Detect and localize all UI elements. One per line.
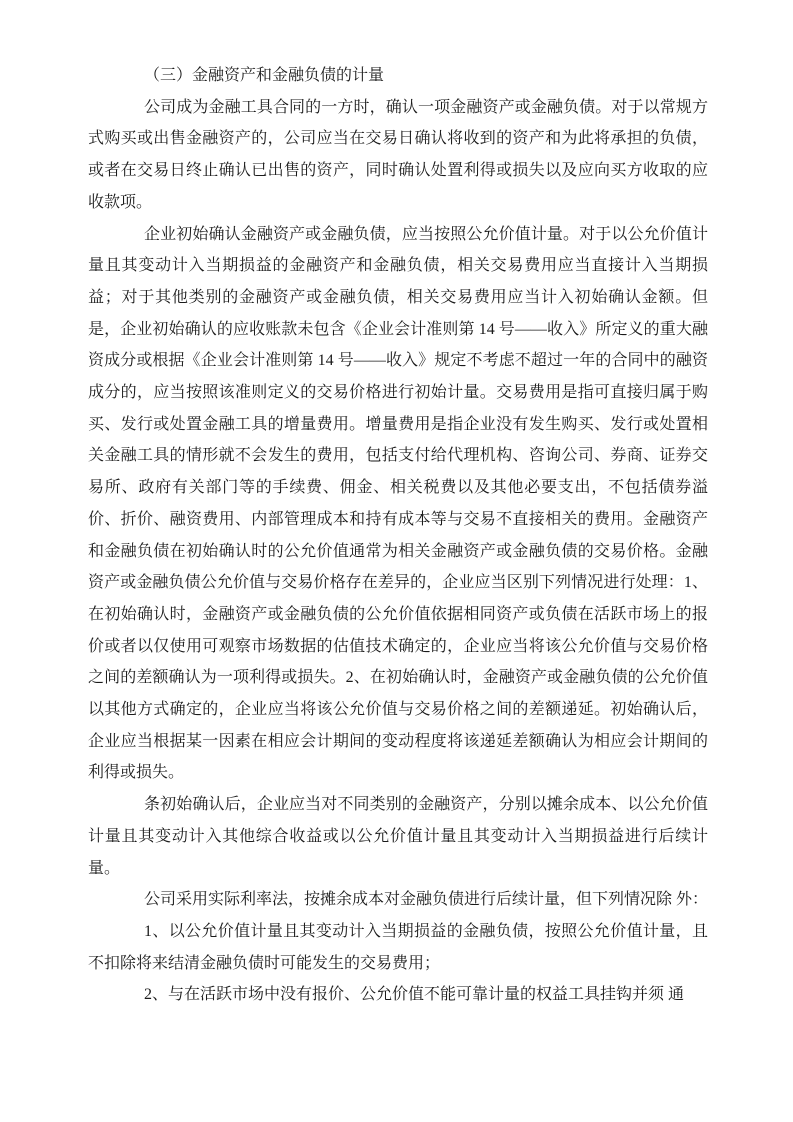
paragraph-initial-measurement: 企业初始确认金融资产或金融负债，应当按照公允价值计量。对于以公允价值计量且其变动…: [88, 219, 708, 790]
paragraph-effective-interest-method: 公司采用实际利率法，按摊余成本对金融负债进行后续计量，但下列情况除 外：: [88, 884, 708, 916]
paragraph-subsequent-measurement-assets: 条初始确认后，企业应当对不同类别的金融资产，分别以摊余成本、以公允价值计量且其变…: [88, 789, 708, 884]
document-page: （三）金融资产和金融负债的计量 公司成为金融工具合同的一方时，确认一项金融资产或…: [0, 0, 793, 1122]
paragraph-initial-recognition: 公司成为金融工具合同的一方时，确认一项金融资产或金融负债。对于以常规方式购买或出…: [88, 92, 708, 219]
document-text-block: （三）金融资产和金融负债的计量 公司成为金融工具合同的一方时，确认一项金融资产或…: [88, 60, 708, 1011]
paragraph-exception-item-1: 1、以公允价值计量且其变动计入当期损益的金融负债，按照公允价值计量，且不扣除将来…: [88, 916, 708, 979]
section-heading: （三）金融资产和金融负债的计量: [88, 60, 708, 92]
paragraph-exception-item-2: 2、与在活跃市场中没有报价、公允价值不能可靠计量的权益工具挂钩并须 通: [88, 979, 708, 1011]
